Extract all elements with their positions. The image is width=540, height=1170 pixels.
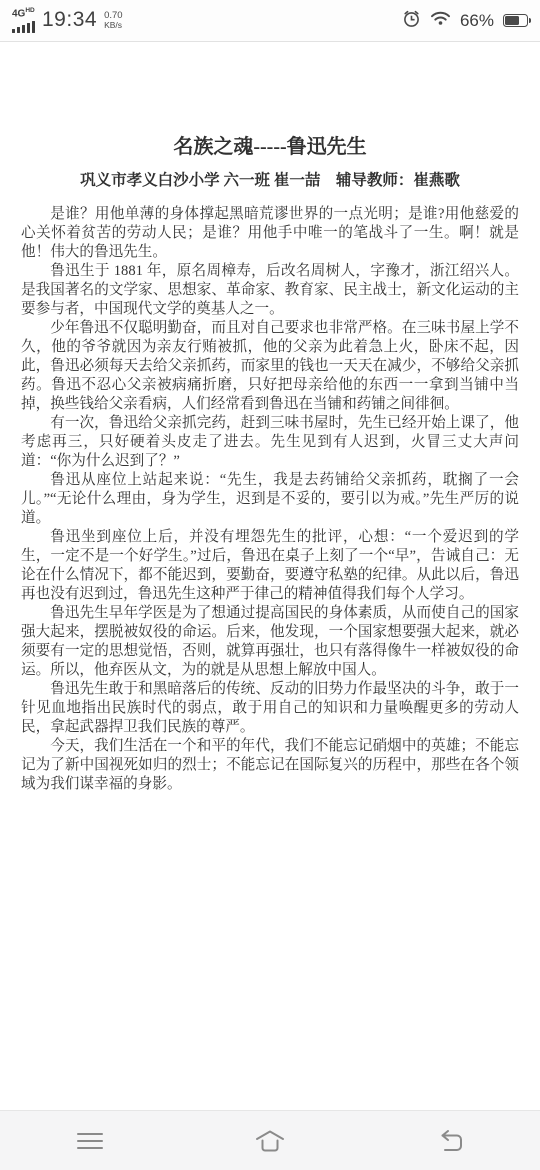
signal-bars-icon	[12, 21, 35, 33]
paragraph: 鲁迅从座位上站起来说：“先生，我是去药铺给父亲抓药，耽搁了一会儿。”“无论什么理…	[21, 471, 519, 528]
paragraph: 是谁？用他单薄的身体撑起黑暗荒谬世界的一点光明；是谁?用他慈爱的心关怀着贫苦的劳…	[21, 205, 519, 262]
network-type-label: 4GHD	[12, 8, 35, 19]
back-icon	[436, 1129, 464, 1153]
home-icon	[254, 1129, 286, 1153]
navigation-bar	[0, 1110, 540, 1170]
paragraph: 鲁迅生于 1881 年，原名周樟寿，后改名周树人，字豫才，浙江绍兴人。是我国著名…	[21, 262, 519, 319]
document-page: 名族之魂-----鲁迅先生 巩义市孝义白沙小学 六一班 崔一喆 辅导教师：崔燕歌…	[0, 43, 540, 1110]
network-speed: 0.70 KB/s	[104, 11, 123, 30]
home-button[interactable]	[180, 1111, 360, 1170]
hd-badge: HD	[25, 7, 34, 14]
battery-percent-label: 66%	[460, 11, 494, 31]
battery-icon	[503, 14, 528, 27]
document-byline: 巩义市孝义白沙小学 六一班 崔一喆 辅导教师：崔燕歌	[21, 170, 519, 191]
document-title: 名族之魂-----鲁迅先生	[21, 134, 519, 160]
wifi-icon	[430, 10, 451, 31]
back-button[interactable]	[360, 1111, 540, 1170]
cellular-signal-icon: 4GHD	[12, 8, 35, 32]
menu-icon	[76, 1130, 104, 1152]
paragraph: 今天，我们生活在一个和平的年代，我们不能忘记硝烟中的英雄；不能忘记为了新中国视死…	[21, 737, 519, 794]
paragraph: 少年鲁迅不仅聪明勤奋，而且对自己要求也非常严格。在三味书屋上学不久，他的爷爷就因…	[21, 319, 519, 414]
paragraph: 有一次，鲁迅给父亲抓完药，赶到三味书屋时，先生已经开始上课了，他考虑再三，只好硬…	[21, 414, 519, 471]
recents-button[interactable]	[0, 1111, 180, 1170]
status-bar: 4GHD 19:34 0.70 KB/s 66%	[0, 0, 540, 42]
paragraph: 鲁迅先生早年学医是为了想通过提高国民的身体素质，从而使自己的国家强大起来，摆脱被…	[21, 604, 519, 680]
status-time: 19:34	[42, 8, 97, 32]
paragraph: 鲁迅坐到座位上后，并没有埋怨先生的批评，心想：“一个爱迟到的学生，一定不是一个好…	[21, 528, 519, 604]
paragraph: 鲁迅先生敢于和黑暗落后的传统、反动的旧势力作最坚决的斗争，敢于一针见血地指出民族…	[21, 680, 519, 737]
document-body: 是谁？用他单薄的身体撑起黑暗荒谬世界的一点光明；是谁?用他慈爱的心关怀着贫苦的劳…	[21, 205, 519, 794]
alarm-clock-icon	[402, 9, 421, 33]
network-speed-unit: KB/s	[104, 21, 123, 30]
